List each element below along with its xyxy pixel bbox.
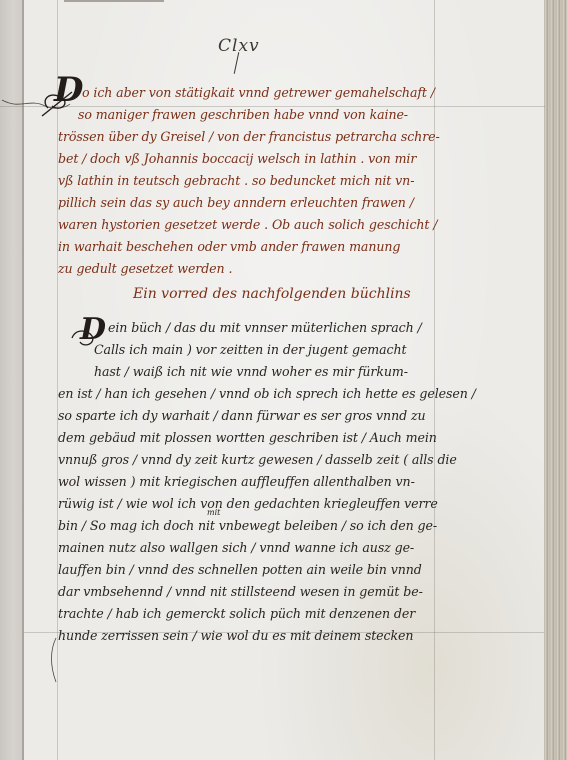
text-line: dar vmbsehennd / vnnd nit stillsteend we… — [58, 581, 423, 603]
text-line: vß lathin in teutsch gebracht . so bedun… — [58, 170, 414, 192]
interlinear-note: mit — [207, 508, 220, 517]
text-line: rüwig ist / wie wol ich von den gedachte… — [58, 493, 438, 515]
text-line: wol wissen ) mit kriegischen auffleuffen… — [58, 471, 415, 493]
text-line: pillich sein das sy auch bey anndern erl… — [58, 192, 414, 214]
text-line: ein büch / das du mit vnnser müterlichen… — [108, 317, 422, 339]
top-strip — [64, 0, 164, 2]
text-line: zu gedult gesetzet werden . — [58, 258, 232, 280]
text-line: en ist / han ich gesehen / vnnd ob ich s… — [58, 383, 476, 405]
ruling-right — [434, 0, 435, 760]
page-fore-edge — [544, 0, 567, 760]
margin-stroke — [48, 636, 60, 686]
text-line: o ich aber von stätigkait vnnd getrewer … — [82, 82, 435, 104]
text-line: bet / doch vß Johannis boccacij welsch i… — [58, 148, 416, 170]
text-line: trössen über dy Greisel / von der franci… — [58, 126, 440, 148]
text-line: bin / So mag ich doch nit vnbewegt belei… — [58, 515, 437, 537]
text-line: trachte / hab ich gemerckt solich püch m… — [58, 603, 415, 625]
text-line: so sparte ich dy warhait / dann fürwar e… — [58, 405, 426, 427]
text-line: hast / waiß ich nit wie vnnd woher es mi… — [94, 361, 408, 383]
text-line: vnnuß gros / vnnd dy zeit kurtz gewesen … — [58, 449, 457, 471]
text-line: lauffen bin / vnnd des schnellen potten … — [58, 559, 422, 581]
text-line: mainen nutz also wallgen sich / vnnd wan… — [58, 537, 414, 559]
text-line: Calls ich main ) vor zeitten in der juge… — [94, 339, 406, 361]
text-line: so maniger frawen geschriben habe vnnd v… — [78, 104, 408, 126]
text-line: hunde zerrissen sein / wie wol du es mit… — [58, 625, 413, 647]
text-line: dem gebäud mit plossen wortten geschribe… — [58, 427, 437, 449]
section-heading: Ein vorred des nachfolgenden büchlins — [133, 286, 411, 302]
manuscript-scan: Clxv D o ich aber von stätigkait vnnd ge… — [0, 0, 567, 760]
text-line: waren hystorien gesetzet werde . Ob auch… — [58, 214, 437, 236]
text-line: in warhait beschehen oder vmb ander fraw… — [58, 236, 400, 258]
